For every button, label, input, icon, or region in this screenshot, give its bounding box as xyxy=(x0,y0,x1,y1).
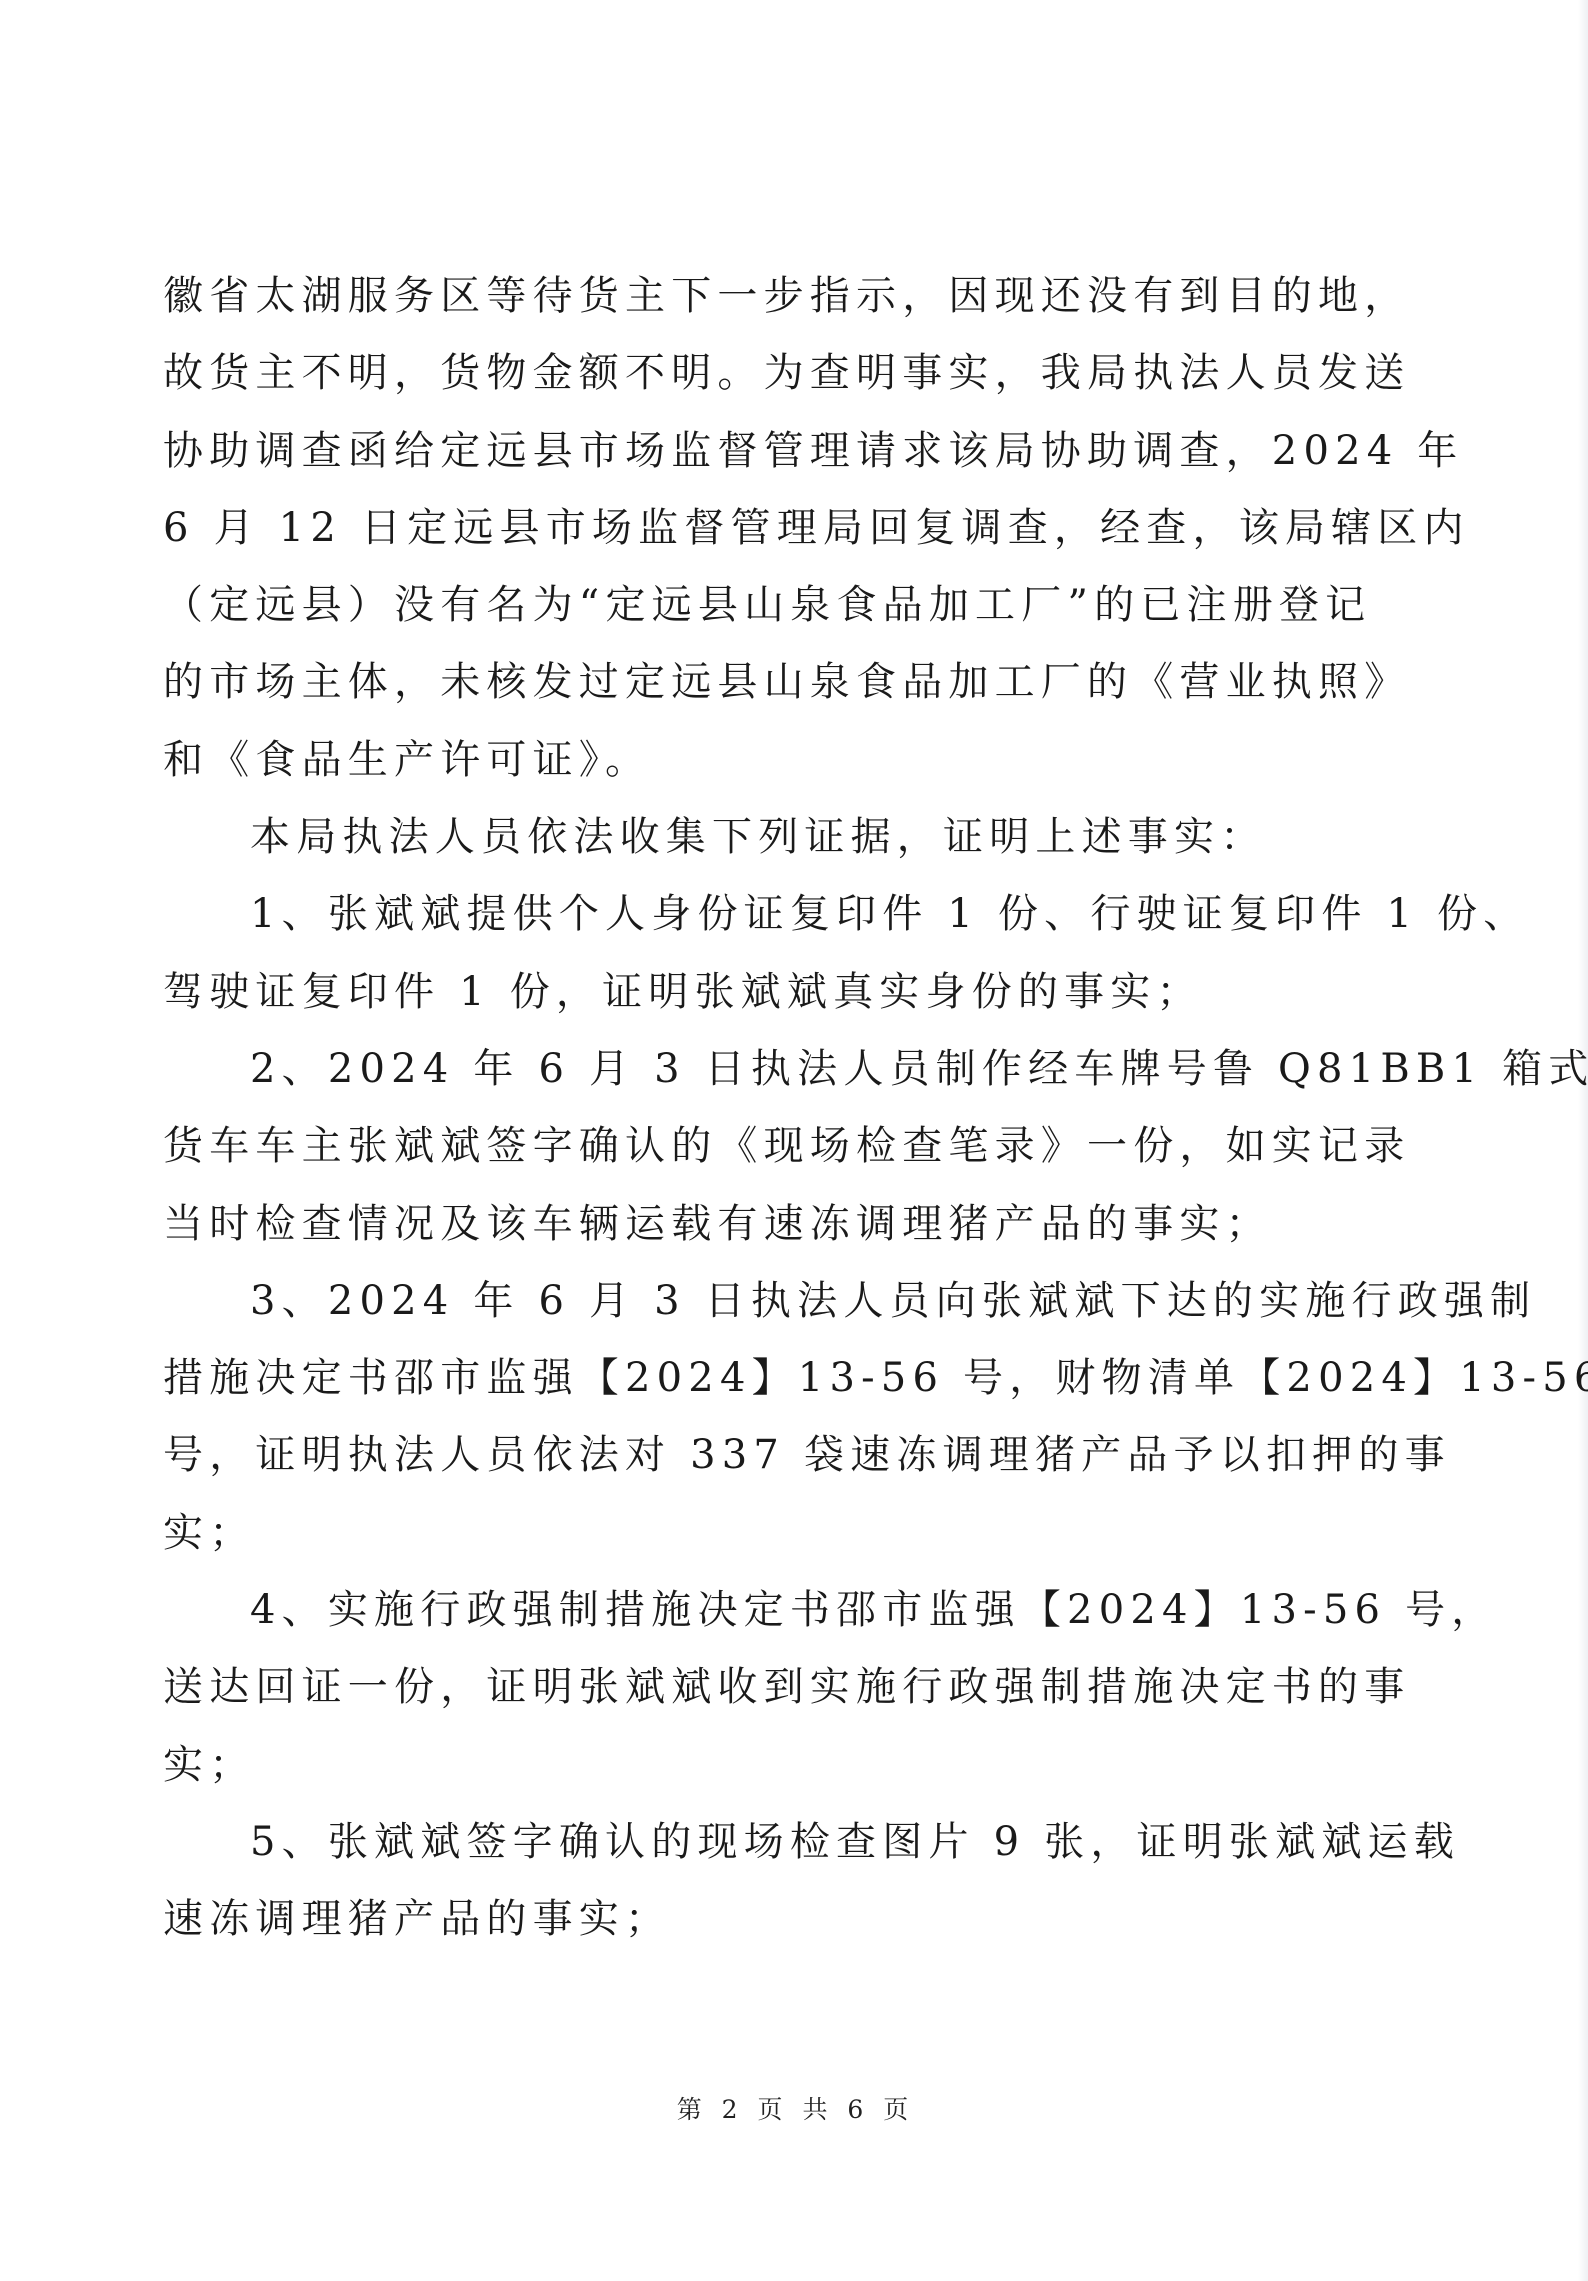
paragraph-line: 徽省太湖服务区等待货主下一步指示，因现还没有到目的地， xyxy=(163,258,1393,335)
evidence-item-5: 5、张斌斌签字确认的现场检查图片 9 张，证明张斌斌运载 xyxy=(163,1804,1393,1881)
paragraph-line: 故货主不明，货物金额不明。为查明事实，我局执法人员发送 xyxy=(163,335,1393,412)
evidence-item-3: 3、2024 年 6 月 3 日执法人员向张斌斌下达的实施行政强制 xyxy=(163,1263,1393,1340)
page-number-footer: 第 2 页 共 6 页 xyxy=(0,2090,1588,2126)
evidence-item-4-cont: 实； xyxy=(163,1727,1393,1804)
evidence-item-3-cont: 实； xyxy=(163,1495,1393,1572)
paragraph-line: 6 月 12 日定远县市场监督管理局回复调查，经查，该局辖区内 xyxy=(163,490,1393,567)
evidence-intro-line: 本局执法人员依法收集下列证据，证明上述事实： xyxy=(163,799,1393,876)
paragraph-line: （定远县）没有名为“定远县山泉食品加工厂”的已注册登记 xyxy=(163,567,1393,644)
evidence-item-3-cont: 号，证明执法人员依法对 337 袋速冻调理猪产品予以扣押的事 xyxy=(163,1417,1393,1494)
evidence-item-2-cont: 当时检查情况及该车辆运载有速冻调理猪产品的事实； xyxy=(163,1186,1393,1263)
evidence-item-4: 4、实施行政强制措施决定书邵市监强【2024】13-56 号， xyxy=(163,1572,1393,1649)
evidence-item-3-cont: 措施决定书邵市监强【2024】13-56 号，财物清单【2024】13-56 xyxy=(163,1340,1393,1417)
paragraph-line: 协助调查函给定远县市场监督管理请求该局协助调查，2024 年 xyxy=(163,413,1393,490)
document-body: 徽省太湖服务区等待货主下一步指示，因现还没有到目的地， 故货主不明，货物金额不明… xyxy=(163,258,1393,1959)
paragraph-line: 的市场主体，未核发过定远县山泉食品加工厂的《营业执照》 xyxy=(163,644,1393,721)
evidence-item-1: 1、张斌斌提供个人身份证复印件 1 份、行驶证复印件 1 份、 xyxy=(163,876,1393,953)
evidence-item-2: 2、2024 年 6 月 3 日执法人员制作经车牌号鲁 Q81BB1 箱式 xyxy=(163,1031,1393,1108)
page-edge-shadow xyxy=(1578,0,1588,2281)
evidence-item-4-cont: 送达回证一份，证明张斌斌收到实施行政强制措施决定书的事 xyxy=(163,1649,1393,1726)
evidence-item-2-cont: 货车车主张斌斌签字确认的《现场检查笔录》一份，如实记录 xyxy=(163,1108,1393,1185)
paragraph-line: 和《食品生产许可证》。 xyxy=(163,722,1393,799)
evidence-item-1-cont: 驾驶证复印件 1 份，证明张斌斌真实身份的事实； xyxy=(163,954,1393,1031)
evidence-item-5-cont: 速冻调理猪产品的事实； xyxy=(163,1881,1393,1958)
